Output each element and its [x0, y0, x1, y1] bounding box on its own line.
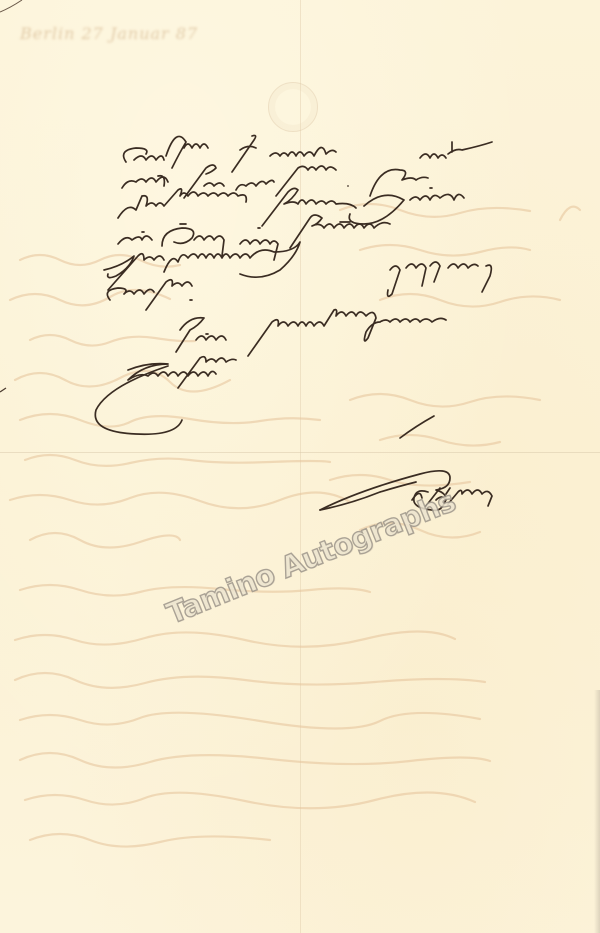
handwriting-ink	[0, 0, 600, 933]
letter-page: Berlin 27 Januar 87	[0, 0, 600, 933]
